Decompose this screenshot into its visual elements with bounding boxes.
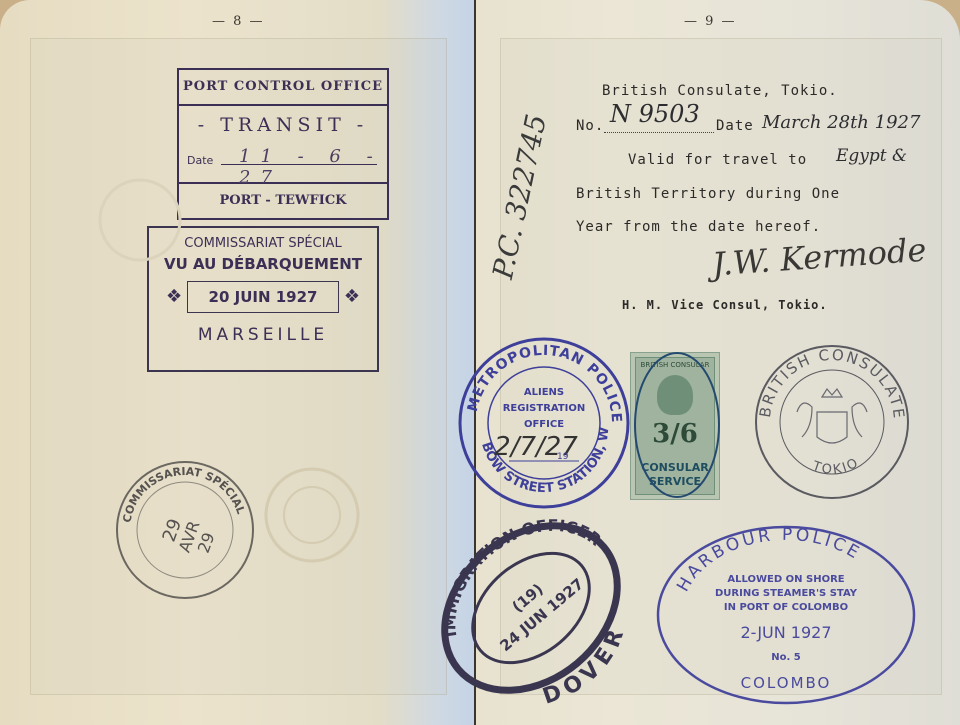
page-number: — 9 —	[684, 14, 737, 29]
svg-text:BRITISH CONSULATE: BRITISH CONSULATE	[756, 346, 908, 421]
cancellation-oval	[629, 347, 725, 503]
visa-destination: Egypt &	[836, 146, 907, 166]
ornament-icon: ❖	[344, 282, 360, 312]
svg-text:DOVER: DOVER	[540, 621, 631, 708]
right-passport-page: — 9 — British Consulate, Tokio. No. N 95…	[476, 0, 960, 725]
dover-immigration-stamp: IMMIGRATION OFFICER DOVER (19) 24 JUN 19…	[426, 508, 636, 708]
left-passport-page: — 8 — PORT CONTROL OFFICE - TRANSIT - Da…	[0, 0, 476, 725]
svg-text:COLOMBO: COLOMBO	[741, 674, 832, 692]
svg-text:24 JUN 1927: 24 JUN 1927	[496, 575, 587, 655]
metropolitan-police-stamp: METROPOLITAN POLICE BOW STREET STATION, …	[454, 333, 634, 513]
svg-text:19: 19	[557, 452, 569, 462]
visa-number: N 9503	[610, 100, 700, 128]
page-number: — 8 —	[212, 14, 265, 29]
port-control-stamp: PORT CONTROL OFFICE - TRANSIT - Date 11 …	[177, 68, 389, 220]
svg-text:TOKIO: TOKIO	[809, 455, 862, 478]
stamp-title: - TRANSIT -	[179, 106, 387, 136]
visa-date-label: Date	[716, 118, 754, 134]
svg-text:ALLOWED ON SHORE: ALLOWED ON SHORE	[727, 574, 844, 585]
svg-text:DURING STEAMER'S STAY: DURING STEAMER'S STAY	[715, 588, 858, 599]
british-consulate-seal: BRITISH CONSULATE TOKIO	[752, 342, 912, 502]
svg-text:ALIENS: ALIENS	[524, 387, 564, 398]
svg-text:IN PORT OF COLOMBO: IN PORT OF COLOMBO	[724, 602, 848, 613]
stamp-location: MARSEILLE	[149, 325, 377, 345]
visa-territory-line: British Territory during One	[576, 186, 840, 202]
svg-text:REGISTRATION: REGISTRATION	[503, 403, 586, 414]
visa-valid-line: Valid for travel to	[628, 152, 807, 168]
visa-issuer: British Consulate, Tokio.	[602, 83, 838, 99]
svg-text:OFFICE: OFFICE	[524, 419, 564, 430]
visa-date: March 28th 1927	[762, 112, 920, 133]
embossed-seal	[95, 170, 185, 270]
revenue-stamp: BRITISH CONSULAR 3/6 CONSULAR SERVICE	[630, 352, 720, 500]
svg-text:2-JUN 1927: 2-JUN 1927	[740, 623, 831, 642]
embossed-seal	[262, 460, 362, 570]
colombo-harbour-police-stamp: HARBOUR POLICE ALLOWED ON SHORE DURING S…	[652, 520, 920, 710]
svg-text:No. 5: No. 5	[771, 652, 801, 663]
visa-signatory: H. M. Vice Consul, Tokio.	[622, 298, 828, 312]
commissariat-round-stamp: COMMISSARIAT SPÉCIAL 29 AVR 29	[110, 455, 260, 605]
date-value: 11 - 6 - 27	[239, 146, 387, 188]
visa-no-label: No.	[576, 118, 604, 134]
coat-of-arms-icon	[797, 389, 867, 443]
stamp-location: PORT - TEWFICK	[179, 184, 387, 218]
dotted-line	[604, 132, 714, 133]
ornament-icon: ❖	[166, 282, 182, 312]
stamp-header: PORT CONTROL OFFICE	[179, 70, 387, 106]
date-label: Date	[187, 154, 213, 167]
visa-year-line: Year from the date hereof.	[576, 219, 821, 235]
stamp-date-box: ❖ 20 JUIN 1927 ❖	[187, 281, 339, 313]
stamp-date: 20 JUIN 1927	[209, 288, 318, 306]
stamp-body: - TRANSIT - Date 11 - 6 - 27	[179, 106, 387, 184]
